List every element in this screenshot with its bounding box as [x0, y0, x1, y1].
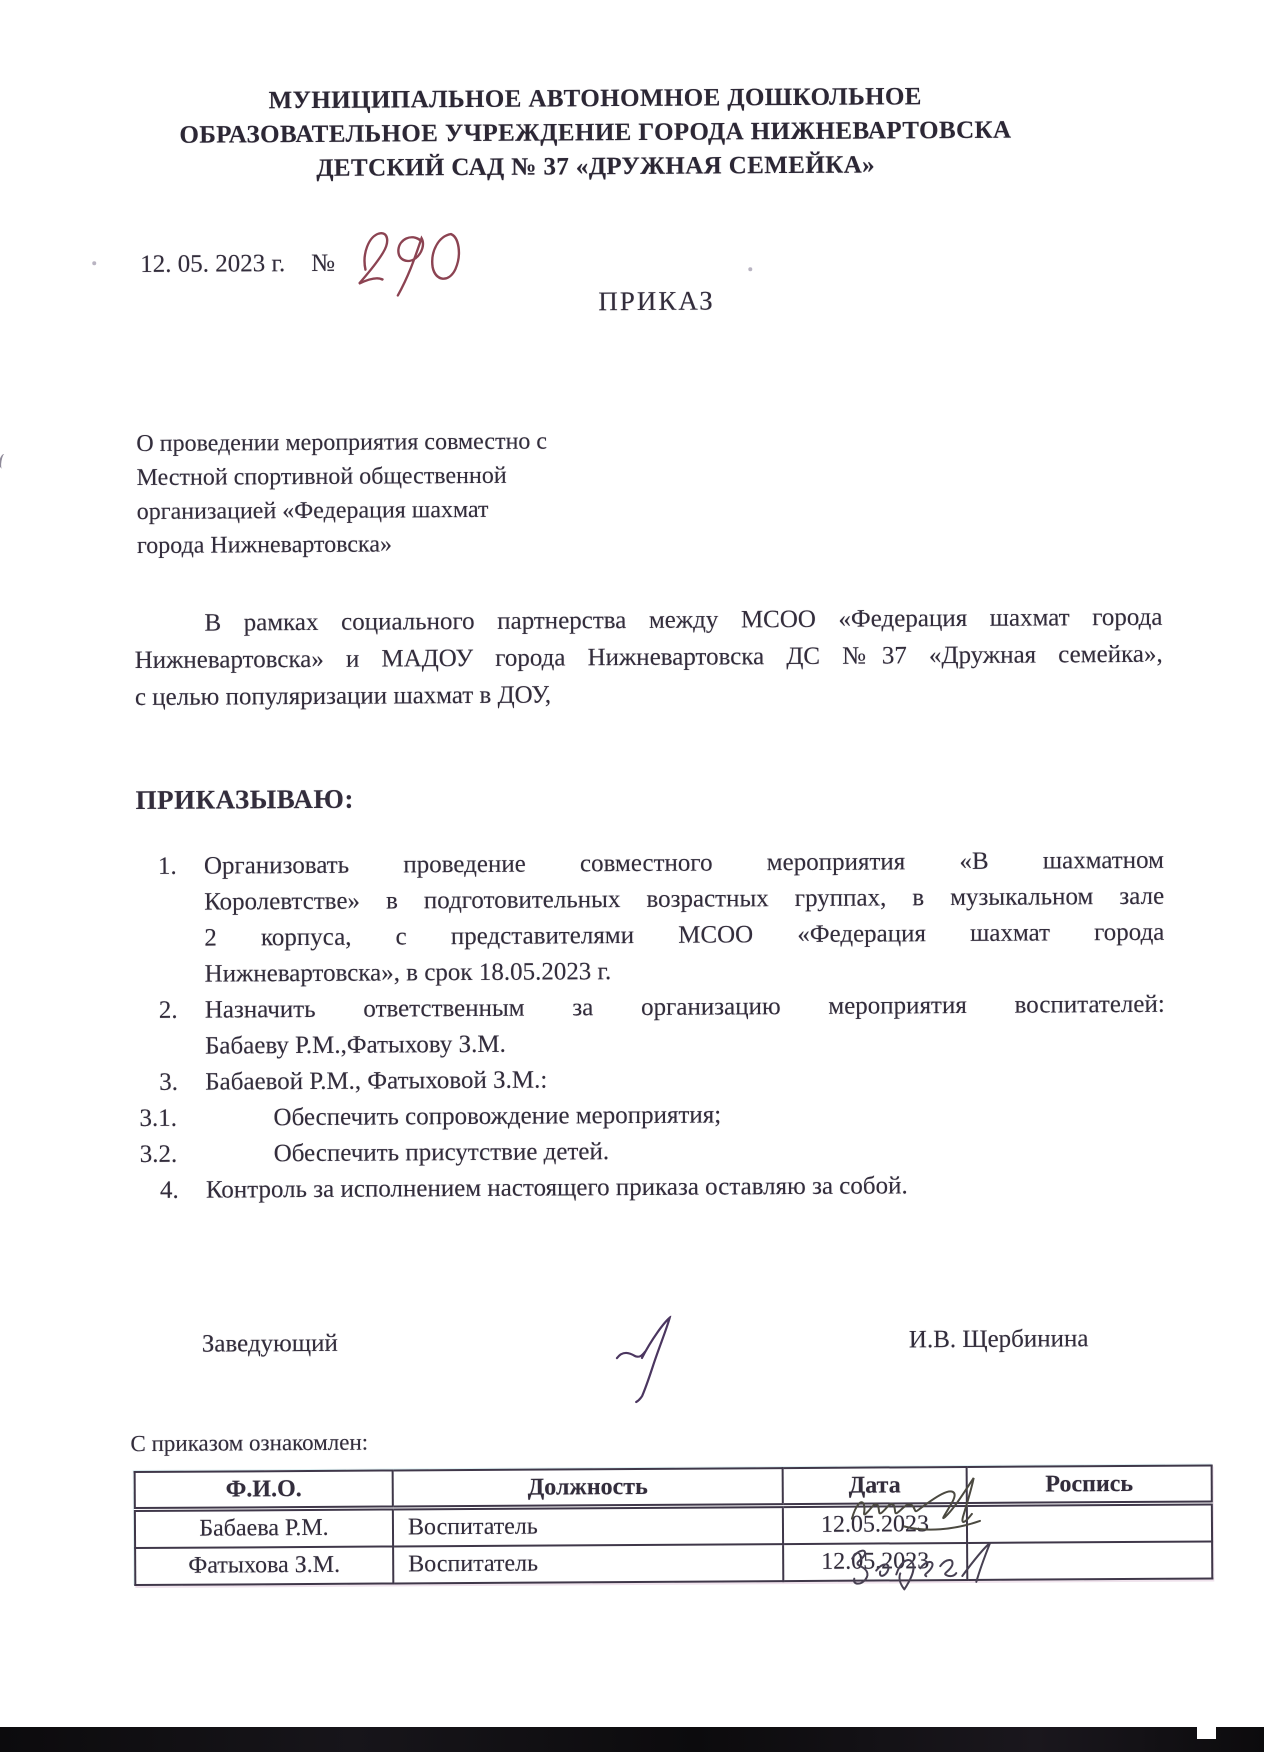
subject-line: города Нижневартовска»: [137, 526, 697, 563]
scanner-edge-notch: [1197, 1727, 1216, 1739]
acknowledgement-label: С приказом ознакомлен:: [130, 1430, 368, 1457]
item-line: Организовать проведение совместного меро…: [204, 843, 1164, 885]
order-item-1: 1. Организовать проведение совместного м…: [136, 843, 1165, 993]
handwritten-order-number: [348, 223, 470, 300]
cell-position: Воспитатель: [393, 1506, 783, 1547]
signer-position-title: Заведующий: [202, 1330, 338, 1359]
organization-header: МУНИЦИПАЛЬНОЕ АВТОНОМНОЕ ДОШКОЛЬНОЕ ОБРА…: [25, 79, 1166, 188]
column-header-fio: Ф.И.О.: [135, 1470, 393, 1509]
org-name-line-3: ДЕТСКИЙ САД № 37 «ДРУЖНАЯ СЕМЕЙКА»: [26, 147, 1166, 188]
column-header-date: Дата: [783, 1467, 967, 1506]
table-row: Бабаева Р.М. Воспитатель 12.05.2023: [135, 1503, 1212, 1548]
column-header-signature: Роспись: [967, 1465, 1212, 1504]
scan-speck: [748, 267, 752, 271]
item-line: Бабаеву Р.М.,Фатыхову З.М.: [205, 1023, 1165, 1065]
item-number: 1.: [136, 849, 205, 993]
acknowledgement-table: Ф.И.О. Должность Дата Роспись Бабаева Р.…: [134, 1464, 1214, 1586]
item-line: Нижневартовска», в срок 18.05.2023 г.: [204, 951, 1164, 993]
item-line: Обеспечить сопровождение мероприятия;: [273, 1095, 1165, 1136]
scanned-order-document: МУНИЦИПАЛЬНОЕ АВТОНОМНОЕ ДОШКОЛЬНОЕ ОБРА…: [0, 0, 1264, 1752]
org-name-line-2: ОБРАЗОВАТЕЛЬНОЕ УЧРЕЖДЕНИЕ ГОРОДА НИЖНЕВ…: [25, 113, 1165, 154]
number-sign: №: [311, 250, 335, 277]
preamble-line: Нижневартовска» и МАДОУ города Нижневарт…: [135, 636, 1163, 679]
director-signature-stroke: [609, 1316, 710, 1407]
item-number: 3.2.: [138, 1136, 274, 1173]
cell-date: 12.05.2023: [783, 1504, 967, 1544]
acknowledgement-table-wrap: Ф.И.О. Должность Дата Роспись Бабаева Р.…: [134, 1464, 1212, 1586]
order-item-2: 2. Назначить ответственным за организаци…: [137, 987, 1165, 1065]
resolve-word: ПРИКАЗЫВАЮ:: [135, 784, 354, 816]
subject-line: О проведении мероприятия совместно с: [136, 424, 696, 461]
order-subject: О проведении мероприятия совместно с Мес…: [136, 424, 697, 563]
item-number: 4.: [138, 1173, 206, 1209]
item-number: 3.1.: [137, 1100, 273, 1137]
order-item-3-1: 3.1. Обеспечить сопровождение мероприяти…: [137, 1095, 1165, 1137]
item-line: Назначить ответственным за организацию м…: [205, 987, 1165, 1029]
item-line: Контроль за исполнением настоящего прика…: [206, 1167, 1166, 1209]
scanner-edge-band: [0, 1727, 1264, 1752]
scan-speck: [92, 261, 96, 265]
date-and-number-line: 12. 05. 2023 г.№: [140, 250, 335, 279]
signer-name: И.В. Щербинина: [909, 1325, 1089, 1354]
order-item-3: 3. Бабаевой Р.М., Фатыховой З.М.:: [137, 1059, 1165, 1101]
document-type-title: ПРИКАЗ: [556, 285, 756, 317]
item-number: 2.: [137, 993, 205, 1065]
table-header-row: Ф.И.О. Должность Дата Роспись: [135, 1465, 1212, 1509]
item-line: 2 корпуса, с представителями МСОО «Федер…: [204, 915, 1164, 957]
cell-fio: Фатыхова З.М.: [135, 1546, 393, 1585]
column-header-position: Должность: [393, 1468, 783, 1508]
order-item-4: 4. Контроль за исполнением настоящего пр…: [138, 1167, 1166, 1209]
order-date: 12. 05. 2023 г.: [140, 250, 285, 278]
preamble-paragraph: В рамках социального партнерства между М…: [134, 599, 1163, 716]
subject-line: организацией «Федерация шахмат: [137, 492, 697, 529]
cell-date: 12.05.2023: [783, 1543, 967, 1581]
item-line: Бабаевой Р.М., Фатыховой З.М.:: [205, 1059, 1165, 1101]
item-line: Королевтстве» в подготовительных возраст…: [204, 879, 1164, 921]
table-row: Фатыхова З.М. Воспитатель 12.05.2023: [135, 1541, 1212, 1585]
cell-signature: [967, 1541, 1212, 1579]
cell-signature: [967, 1503, 1212, 1543]
preamble-line: В рамках социального партнерства между М…: [134, 599, 1162, 642]
item-line: Обеспечить присутствие детей.: [274, 1131, 1166, 1172]
cell-position: Воспитатель: [393, 1544, 783, 1583]
order-items-list: 1. Организовать проведение совместного м…: [136, 843, 1166, 1209]
scan-speck: [0, 453, 9, 469]
cell-fio: Бабаева Р.М.: [135, 1508, 393, 1548]
subject-line: Местной спортивной общественной: [136, 458, 696, 495]
order-item-3-2: 3.2. Обеспечить присутствие детей.: [138, 1131, 1166, 1173]
preamble-line: с целью популяризации шахмат в ДОУ,: [135, 673, 1163, 716]
item-number: 3.: [137, 1065, 205, 1101]
